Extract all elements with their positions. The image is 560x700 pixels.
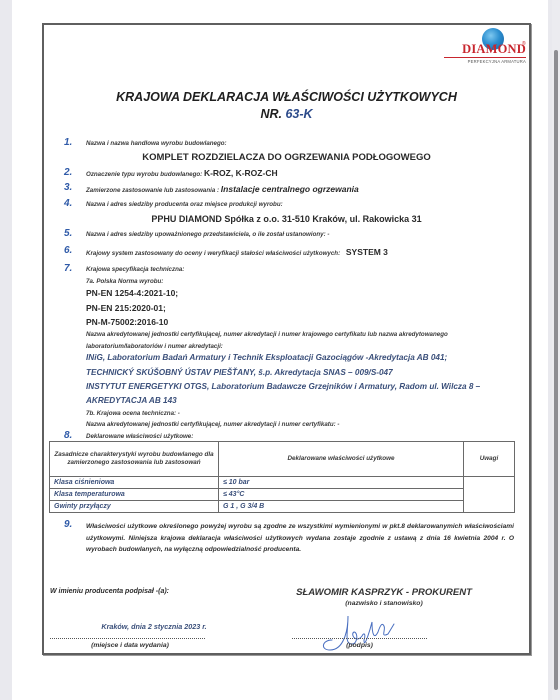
- section-3-number: 3.: [64, 182, 72, 193]
- standard-1: PN-EN 1254-4:2021-10;: [86, 288, 178, 298]
- cert-body-label-1: Nazwa akredytowanej jednostki certyfikuj…: [86, 331, 448, 338]
- date-line: [50, 638, 205, 639]
- declaration-frame: DIAMOND ® PERFEKCYJNA ARMATURA KRAJOWA D…: [42, 23, 531, 655]
- section-6-number: 6.: [64, 245, 72, 256]
- section-7a-label: 7a. Polska Norma wyrobu:: [86, 278, 163, 285]
- section-8-number: 8.: [64, 430, 72, 441]
- section-7-number: 7.: [64, 263, 72, 274]
- section-3-label: Zamierzone zastosowanie lub zastosowania…: [86, 187, 219, 194]
- standard-2: PN-EN 215:2020-01;: [86, 303, 166, 313]
- header-notes: Uwagi: [464, 442, 515, 477]
- header-declared: Deklarowane właściwości użytkowe: [219, 442, 464, 477]
- section-5-number: 5.: [64, 228, 72, 239]
- row-1-characteristic: Klasa ciśnieniowa: [50, 477, 219, 489]
- standard-3: PN-M-75002:2016-10: [86, 317, 168, 327]
- intended-use: Instalacje centralnego ogrzewania: [221, 184, 359, 194]
- table-header-row: Zasadnicze charakterystyki wyrobu budowl…: [50, 442, 515, 477]
- section-2-row: Oznaczenie typu wyrobu budowlanego: K-RO…: [86, 168, 278, 178]
- assessment-system: SYSTEM 3: [346, 247, 388, 257]
- nr-value: 63-K: [285, 107, 312, 121]
- row-1-value: ≤ 10 bar: [219, 477, 464, 489]
- vertical-scrollbar[interactable]: [552, 0, 560, 700]
- lab-3: INSTYTUT ENERGETYKI OTGS, Laboratorium B…: [86, 382, 480, 391]
- place-date-caption: (miejsce i data wydania): [50, 642, 210, 649]
- manufacturer-address: PPHU DIAMOND Spółka z o.o. 31-510 Kraków…: [44, 214, 529, 224]
- title-line: KRAJOWA DEKLARACJA WŁAŚCIWOŚCI UŻYTKOWYC…: [44, 89, 529, 106]
- section-4-label: Nazwa i adres siedziby producenta oraz m…: [86, 201, 283, 208]
- row-3-characteristic: Gwinty przyłączy: [50, 501, 219, 513]
- table-row: Klasa ciśnieniowa ≤ 10 bar: [50, 477, 515, 489]
- product-type: K-ROZ, K-ROZ-CH: [204, 168, 278, 178]
- row-2-characteristic: Klasa temperaturowa: [50, 489, 219, 501]
- section-6-row: Krajowy system zastosowany do oceny i we…: [86, 247, 388, 257]
- section-7-label: Krajowa specyfikacja techniczna:: [86, 266, 184, 273]
- table-row: Gwinty przyłączy G 1 , G 3/4 B: [50, 501, 515, 513]
- product-name: KOMPLET ROZDZIELACZA DO OGRZEWANIA PODŁO…: [44, 152, 529, 163]
- lab-1: INiG, Laboratorium Badań Armatury i Tech…: [86, 353, 447, 362]
- section-7b-label: 7b. Krajowa ocena techniczna: -: [86, 410, 180, 417]
- section-1-number: 1.: [64, 137, 72, 148]
- cert-body-label-2: laboratorium/laboratoriów i numer akredy…: [86, 343, 223, 350]
- logo-brand: DIAMOND: [444, 42, 526, 57]
- row-3-value: G 1 , G 3/4 B: [219, 501, 464, 513]
- document-title: KRAJOWA DEKLARACJA WŁAŚCIWOŚCI UŻYTKOWYC…: [44, 89, 529, 123]
- signer-caption: (nazwisko i stanowisko): [284, 600, 484, 607]
- section-5-label: Nazwa i adres siedziby upoważnionego prz…: [86, 231, 329, 238]
- nr-label: NR.: [260, 107, 282, 121]
- signer-name: SŁAWOMIR KASPRZYK - PROKURENT: [284, 587, 484, 598]
- place-date: Kraków, dnia 2 stycznia 2023 r.: [44, 622, 264, 631]
- section-2-number: 2.: [64, 167, 72, 178]
- lab-3-cont: AKREDYTACJA AB 143: [86, 396, 177, 405]
- registered-mark: ®: [522, 41, 526, 47]
- header-characteristics: Zasadnicze charakterystyki wyrobu budowl…: [50, 442, 219, 477]
- section-6-label: Krajowy system zastosowany do oceny i we…: [86, 250, 340, 257]
- table-row: Klasa temperaturowa ≤ 43°C: [50, 489, 515, 501]
- section-2-label: Oznaczenie typu wyrobu budowlanego:: [86, 171, 202, 178]
- section-9-number: 9.: [64, 519, 72, 530]
- signed-by-label: W imieniu producenta podpisał -(a):: [50, 588, 169, 595]
- section-4-number: 4.: [64, 198, 72, 209]
- lab-2: TECHNICKÝ SKÚŠOBNÝ ÚSTAV PIEŠŤANY, š.p. …: [86, 368, 393, 377]
- section-8-label: Deklarowane właściwości użytkowe:: [86, 433, 193, 440]
- scrollbar-thumb[interactable]: [554, 50, 558, 690]
- signature-caption: (podpis): [292, 642, 427, 649]
- logo-tagline: PERFEKCYJNA ARMATURA: [444, 57, 526, 64]
- notes-cell: [464, 477, 515, 513]
- signature-line: [292, 638, 427, 639]
- section-7b-body: Nazwa akredytowanej jednostki certyfikuj…: [86, 421, 339, 428]
- declaration-number: NR. 63-K: [44, 106, 529, 123]
- section-1-label: Nazwa i nazwa handlowa wyrobu budowlaneg…: [86, 140, 227, 147]
- section-3-row: Zamierzone zastosowanie lub zastosowania…: [86, 184, 359, 194]
- row-2-value: ≤ 43°C: [219, 489, 464, 501]
- properties-table: Zasadnicze charakterystyki wyrobu budowl…: [49, 441, 515, 513]
- conformity-statement: Właściwości użytkowe określonego powyżej…: [86, 521, 514, 556]
- diamond-logo: DIAMOND ® PERFEKCYJNA ARMATURA: [444, 28, 526, 80]
